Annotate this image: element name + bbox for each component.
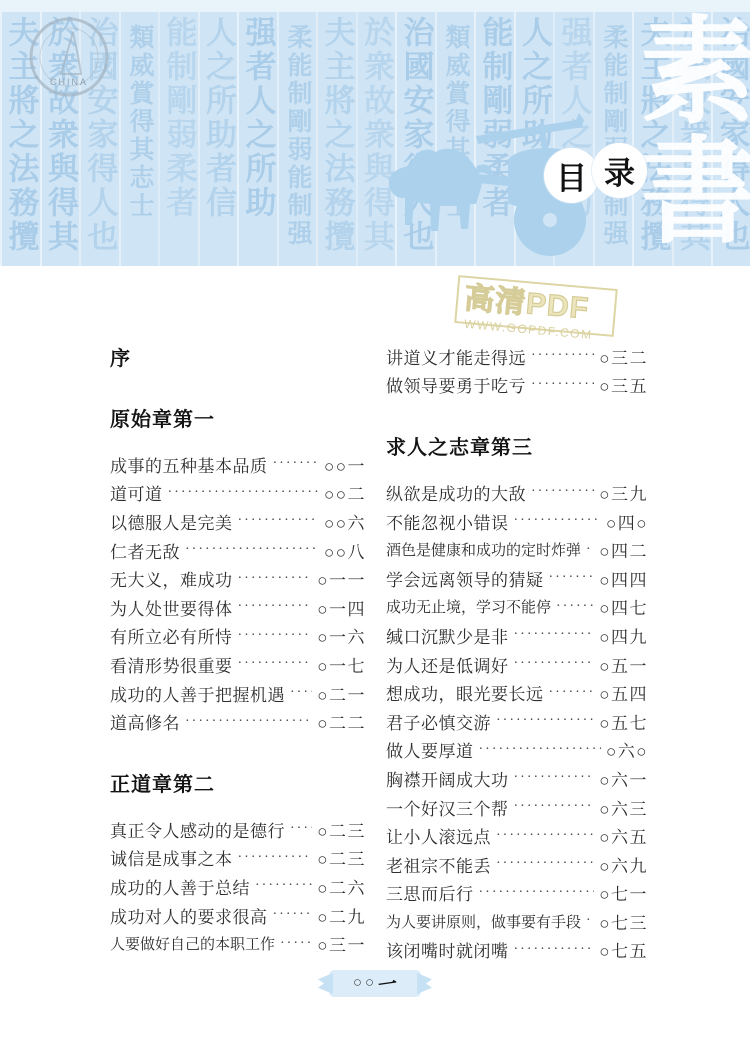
toc-entry: 三思而后行···································… xyxy=(386,879,648,908)
toc-entry-page: ○四四 xyxy=(599,566,648,591)
page-title-char-2: 录 xyxy=(592,143,647,198)
publisher-logo-icon: CHINA xyxy=(28,16,110,98)
toc-entry: 成事的五种基本品质·······························… xyxy=(110,450,366,479)
toc-entry: 不能忽视小错误·································… xyxy=(386,507,648,536)
toc-entry-title: 不能忽视小错误 xyxy=(386,509,509,534)
toc-entry-title: 缄口沉默少是非 xyxy=(386,623,509,648)
toc-entry-title: 真正令人感动的是德行 xyxy=(110,817,285,842)
toc-entry: 看清形势很重要·································… xyxy=(110,650,366,679)
dot-leader: ········································… xyxy=(496,856,594,872)
toc-entry-title: 道可道 xyxy=(110,480,163,505)
page-title: 目 录 xyxy=(544,148,647,203)
dot-leader: ········································… xyxy=(238,656,313,672)
toc-entry: 仁者无敌····································… xyxy=(110,536,366,565)
toc-entry-title: 看清形势很重要 xyxy=(110,652,233,677)
footer: ○○ 一 xyxy=(329,970,421,997)
dot-leader: ········································… xyxy=(549,570,595,586)
toc-entry-title: 仁者无敌 xyxy=(110,538,180,563)
dot-leader: ········································… xyxy=(586,542,594,558)
toc-entry: 让小人滚远点··································… xyxy=(386,821,648,850)
toc-entry: 道可道·····································… xyxy=(110,479,366,508)
toc-entry-title: 君子必慎交游 xyxy=(386,709,491,734)
toc-entry-title: 成功对人的要求很高 xyxy=(110,903,268,928)
book-title-char-1: 素 xyxy=(640,14,750,134)
page-title-char-1: 目 xyxy=(544,148,599,203)
toc-entry: 想成功，眼光要长远·······························… xyxy=(386,678,648,707)
toc-entry-page: ○七五 xyxy=(599,937,648,962)
dot-leader: ········································… xyxy=(556,599,594,615)
toc-entry-page: ○六○ xyxy=(606,737,648,762)
toc-entry-title: 一个好汉三个帮 xyxy=(386,795,509,820)
toc-entry-page: ○六一 xyxy=(599,766,648,791)
dot-leader: ········································… xyxy=(586,913,594,929)
dot-leader: ········································… xyxy=(514,942,595,958)
toc-entry-title: 讲道义才能走得远 xyxy=(386,344,526,369)
calligraphy-column: 人之所助者信 xyxy=(198,10,238,266)
toc-entry-title: 为人要讲原则，做事要有手段 xyxy=(386,911,581,932)
toc-entry-page: ○一六 xyxy=(317,623,366,648)
toc-entry-page: ○二九 xyxy=(317,903,366,928)
toc-entry-page: ○二一 xyxy=(317,681,366,706)
dot-leader: ········································… xyxy=(238,571,313,587)
toc-entry-page: ○二三 xyxy=(317,845,366,870)
dot-leader: ········································… xyxy=(238,599,313,615)
book-title-char-2: 書 xyxy=(640,134,750,254)
toc-entry-title: 人要做好自己的本职工作 xyxy=(110,933,275,954)
toc-entry-title: 成功无止境，学习不能停 xyxy=(386,596,551,617)
toc-entry-title: 酒色是健康和成功的定时炸弹 xyxy=(386,539,581,560)
toc-entry-page: ○四九 xyxy=(599,623,648,648)
dot-leader: ········································… xyxy=(479,885,595,901)
toc-entry-page: ○三五 xyxy=(599,372,648,397)
toc-entry-title: 老祖宗不能丢 xyxy=(386,852,491,877)
toc-entry-title: 成功的人善于总结 xyxy=(110,874,250,899)
dot-leader: ········································… xyxy=(273,907,313,923)
banner-top-strip xyxy=(0,0,750,12)
toc-entry-page: ○三二 xyxy=(599,344,648,369)
toc-entry-title: 该闭嘴时就闭嘴 xyxy=(386,937,509,962)
page-number-numeral: 一 xyxy=(376,969,399,998)
toc-entry-page: ○五一 xyxy=(599,652,648,677)
toc-entry-page: ○五四 xyxy=(599,680,648,705)
toc-entry: 真正令人感动的是德行······························… xyxy=(110,815,366,844)
toc-entry: 君子必慎交游··································… xyxy=(386,707,648,736)
calligraphy-column: 能制剛弱柔者 xyxy=(158,10,198,266)
toc-entry: 以德服人是完美·································… xyxy=(110,507,366,536)
toc-entry: 为人处世要得体·································… xyxy=(110,593,366,622)
dot-leader: ········································… xyxy=(185,714,312,730)
dot-leader: ········································… xyxy=(185,542,319,558)
book-title-vertical: 素 書 xyxy=(640,14,750,254)
toc-entry-page: ○四七 xyxy=(599,594,648,619)
dot-leader: ········································… xyxy=(514,656,595,672)
page-number-ribbon: ○○ 一 xyxy=(329,970,421,997)
toc-entry: 做领导要勇于吃亏································… xyxy=(386,371,648,400)
logo-sail-icon xyxy=(61,32,81,74)
toc-section-heading: 正道章第二 xyxy=(110,768,366,797)
toc-entry: 无大义，难成功·································… xyxy=(110,564,366,593)
toc-entry-page: ○四二 xyxy=(599,537,648,562)
toc-entry: 缄口沉默少是非·································… xyxy=(386,621,648,650)
toc-section-heading: 序 xyxy=(110,342,366,371)
toc-entry: 成功的人善于把握机遇······························… xyxy=(110,679,366,708)
dot-leader: ········································… xyxy=(238,513,319,529)
toc-entry-page: ○五七 xyxy=(599,709,648,734)
toc-entry: 为人还是低调好·································… xyxy=(386,650,648,679)
toc-entry-page: ○○六 xyxy=(324,509,366,534)
toc-entry: 讲道义才能走得远································… xyxy=(386,342,648,371)
dot-leader: ········································… xyxy=(255,878,312,894)
toc-entry: 胸襟开阔成大功·································… xyxy=(386,764,648,793)
toc-entry-title: 做领导要勇于吃亏 xyxy=(386,372,526,397)
calligraphy-column: 强者人之所助 xyxy=(237,10,277,266)
toc-entry-title: 诚信是成事之本 xyxy=(110,845,233,870)
dot-leader: ········································… xyxy=(496,713,594,729)
dot-leader: ········································… xyxy=(549,685,595,701)
dot-leader: ········································… xyxy=(514,513,601,529)
dot-leader: ········································… xyxy=(514,799,595,815)
toc-entry-title: 以德服人是完美 xyxy=(110,509,233,534)
calligraphy-background: 夫主將之法務攬英雄於衆故衆與得其志治國安家得人也類威賞得其志士能制剛弱柔者人之所… xyxy=(0,10,750,266)
dot-leader: ········································… xyxy=(496,828,594,844)
dot-leader: ········································… xyxy=(238,850,313,866)
toc-entry-title: 三思而后行 xyxy=(386,880,474,905)
toc-entry-page: ○四○ xyxy=(606,509,648,534)
book-toc-page: 夫主將之法務攬英雄於衆故衆與得其志治國安家得人也類威賞得其志士能制剛弱柔者人之所… xyxy=(0,0,750,1059)
toc-entry-title: 为人处世要得体 xyxy=(110,595,233,620)
toc-entry: 做人要厚道···································… xyxy=(386,736,648,765)
toc-entry-page: ○三一 xyxy=(317,931,366,956)
toc-entry: 成功对人的要求很高·······························… xyxy=(110,901,366,930)
toc-entry-title: 成功的人善于把握机遇 xyxy=(110,681,285,706)
toc-entry-title: 做人要厚道 xyxy=(386,737,474,762)
toc-entry-title: 想成功，眼光要长远 xyxy=(386,680,544,705)
calligraphy-column: 類威賞得其志士 xyxy=(119,10,159,266)
toc-entry-page: ○○八 xyxy=(324,538,366,563)
dot-leader: ········································… xyxy=(531,484,594,500)
toc-entry-page: ○七一 xyxy=(599,880,648,905)
toc-entry-page: ○○一 xyxy=(324,452,366,477)
toc-entry-page: ○六三 xyxy=(599,795,648,820)
toc-entry: 一个好汉三个帮·································… xyxy=(386,793,648,822)
header-banner: 夫主將之法務攬英雄於衆故衆與得其志治國安家得人也類威賞得其志士能制剛弱柔者人之所… xyxy=(0,0,750,266)
calligraphy-column: 柔能制剛弱能制强 xyxy=(277,10,317,266)
calligraphy-column: 夫主將之法務攬英雄 xyxy=(316,10,356,266)
toc-entry: 有所立必有所恃·································… xyxy=(110,622,366,651)
toc-entry-page: ○六九 xyxy=(599,852,648,877)
page-number-circles: ○○ xyxy=(353,975,377,992)
dot-leader: ········································… xyxy=(290,685,312,701)
toc-entry-title: 为人还是低调好 xyxy=(386,652,509,677)
dot-leader: ········································… xyxy=(531,377,594,393)
toc-entry-title: 学会远离领导的猜疑 xyxy=(386,566,544,591)
toc-section-heading: 原始章第一 xyxy=(110,403,366,432)
dot-leader: ········································… xyxy=(531,348,594,364)
toc-entry: 道高修名····································… xyxy=(110,707,366,736)
toc-entry-page: ○一七 xyxy=(317,652,366,677)
toc-entry: 老祖宗不能丢··································… xyxy=(386,850,648,879)
toc-entry-title: 道高修名 xyxy=(110,709,180,734)
dot-leader: ········································… xyxy=(514,770,595,786)
dot-leader: ········································… xyxy=(479,742,601,758)
dot-leader: ········································… xyxy=(514,627,595,643)
toc-entry-page: ○一一 xyxy=(317,566,366,591)
toc-entry-page: ○二二 xyxy=(317,709,366,734)
toc-entry-title: 成事的五种基本品质 xyxy=(110,452,268,477)
toc-entry: 诚信是成事之本·································… xyxy=(110,844,366,873)
toc-entry-title: 有所立必有所恃 xyxy=(110,623,233,648)
pdf-watermark: 高清PDF WWW.GOPDF.COM xyxy=(454,275,618,337)
toc-entry-page: ○二六 xyxy=(317,874,366,899)
toc-column-right: 讲道义才能走得远································… xyxy=(386,342,648,964)
toc-entry-page: ○二三 xyxy=(317,817,366,842)
toc-column-left: 序原始章第一成事的五种基本品质·························… xyxy=(110,342,366,958)
toc-entry-title: 纵欲是成功的大敌 xyxy=(386,480,526,505)
toc-entry-title: 让小人滚远点 xyxy=(386,823,491,848)
toc-entry: 成功无止境，学习不能停·····························… xyxy=(386,593,648,622)
toc-entry-page: ○三九 xyxy=(599,480,648,505)
toc-entry: 人要做好自己的本职工作·····························… xyxy=(110,929,366,958)
toc-entry-page: ○一四 xyxy=(317,595,366,620)
dot-leader: ········································… xyxy=(273,456,319,472)
toc-entry-page: ○六五 xyxy=(599,823,648,848)
toc-entry: 酒色是健康和成功的定时炸弹···························… xyxy=(386,535,648,564)
toc-entry-page: ○○二 xyxy=(324,480,366,505)
dot-leader: ········································… xyxy=(238,628,313,644)
logo-text: CHINA xyxy=(50,77,88,87)
toc-entry: 学会远离领导的猜疑·······························… xyxy=(386,564,648,593)
toc-entry: 纵欲是成功的大敌································… xyxy=(386,478,648,507)
toc-entry: 该闭嘴时就闭嘴·································… xyxy=(386,936,648,965)
toc-entry-page: ○七三 xyxy=(599,909,648,934)
dot-leader: ········································… xyxy=(280,936,312,952)
toc-entry: 为人要讲原则，做事要有手段···························… xyxy=(386,907,648,936)
dot-leader: ········································… xyxy=(290,821,312,837)
toc-entry: 成功的人善于总结································… xyxy=(110,872,366,901)
toc-entry-title: 胸襟开阔成大功 xyxy=(386,766,509,791)
dot-leader: ········································… xyxy=(168,485,319,501)
toc-section-heading: 求人之志章第三 xyxy=(386,431,648,460)
toc-entry-title: 无大义，难成功 xyxy=(110,566,233,591)
